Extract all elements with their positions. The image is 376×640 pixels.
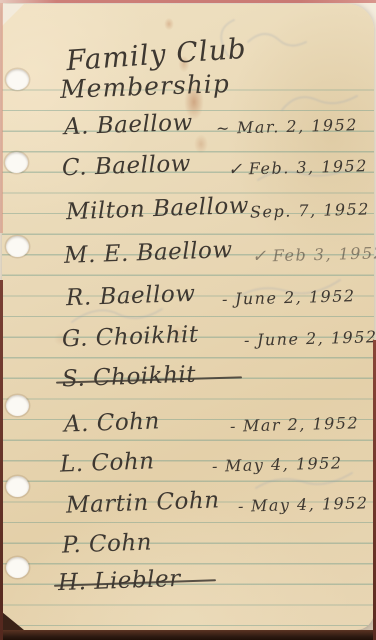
membership-entry: L. Cohn -May 4, 1952 [60,450,154,484]
member-name: M. E. Baellow [64,237,233,269]
membership-entry: A. Baellow ~Mar. 2, 1952 [64,112,193,146]
member-name: Milton Baellow [66,193,250,225]
membership-date: Feb. 3, 1952 [249,156,369,178]
check-mark: ✓ [252,246,268,266]
page-top-edge [0,0,376,3]
page-left-edge-tint [0,3,3,233]
membership-entry: Martin Cohn -May 4, 1952 [66,490,220,524]
member-name: P. Cohn [62,529,153,558]
member-name: A. Cohn [64,408,161,437]
date-separator: - [238,497,245,516]
date-separator: - [212,457,219,476]
membership-date: Feb 3, 1952 [273,243,376,265]
member-name: C. Baellow [62,151,192,181]
page-title-line2: Membership [60,69,231,104]
membership-date: June 2, 1952 [235,286,356,308]
date-separator: - [222,290,229,309]
member-name: R. Baellow [66,281,196,312]
membership-entry: A. Cohn -Mar 2, 1952 [64,410,160,444]
check-mark: ✓ [228,159,244,179]
membership-date: Mar. 2, 1952 [237,115,359,137]
membership-entry: R. Baellow -June 2, 1952 [66,283,195,317]
member-name: Martin Cohn [66,487,220,518]
member-name: G. Choikhit [62,322,199,353]
photo-of-notebook-page: Family Club Membership A. Baellow ~Mar. … [0,0,376,640]
membership-entry: P. Cohn [62,531,152,565]
membership-entry: M. E. Baellow ✓Feb 3, 1952 [64,240,233,274]
date-separator: - [230,417,237,436]
membership-entry: Milton Baellow Sep. 7, 1952 [66,196,249,230]
member-name: A. Baellow [64,110,194,140]
date-separator: ~ [216,118,231,137]
member-name: L. Cohn [60,448,155,477]
membership-entry: C. Baellow ✓Feb. 3, 1952 [62,153,191,187]
handwritten-list: Family Club Membership A. Baellow ~Mar. … [0,0,376,640]
membership-date: May 4, 1952 [251,493,369,515]
page-left-edge [0,280,3,640]
member-name: S. Choikhit [62,362,197,393]
membership-entry: G. Choikhit -June 2, 1952 [62,324,199,358]
membership-date: Sep. 7, 1952 [250,199,370,221]
membership-date: Mar 2, 1952 [243,413,360,435]
membership-date: June 2, 1952 [257,327,376,349]
date-separator: - [244,331,251,350]
membership-date: May 4, 1952 [225,453,343,475]
